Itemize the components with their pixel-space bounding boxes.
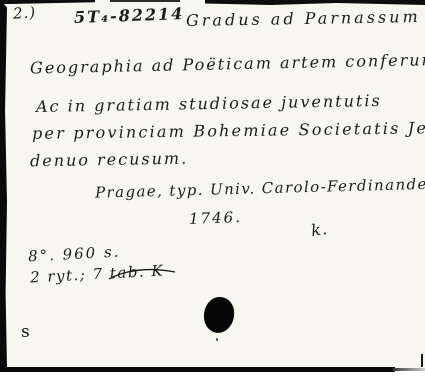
publication-year: 1746. bbox=[189, 208, 243, 228]
card-top-edge-middle bbox=[110, 0, 180, 2]
card-left-edge bbox=[0, 0, 7, 367]
pen-flourish bbox=[107, 266, 179, 282]
card-bottom-edge-fade bbox=[393, 368, 425, 371]
cataloger-initial: k. bbox=[310, 219, 329, 240]
card-bottom-edge bbox=[0, 367, 395, 372]
body-line: denuo recusum. bbox=[30, 149, 189, 171]
catalog-card-scan: 2.) 5T₄-82214 Gradus ad Parnassum Geogra… bbox=[0, 0, 425, 390]
card-right-edge-mark bbox=[421, 354, 423, 367]
shelfmark: 5T₄-82214 bbox=[74, 4, 185, 27]
ink-dot bbox=[216, 338, 218, 341]
item-number: 2.) bbox=[12, 3, 36, 23]
printed-series-letter: s bbox=[21, 322, 30, 342]
